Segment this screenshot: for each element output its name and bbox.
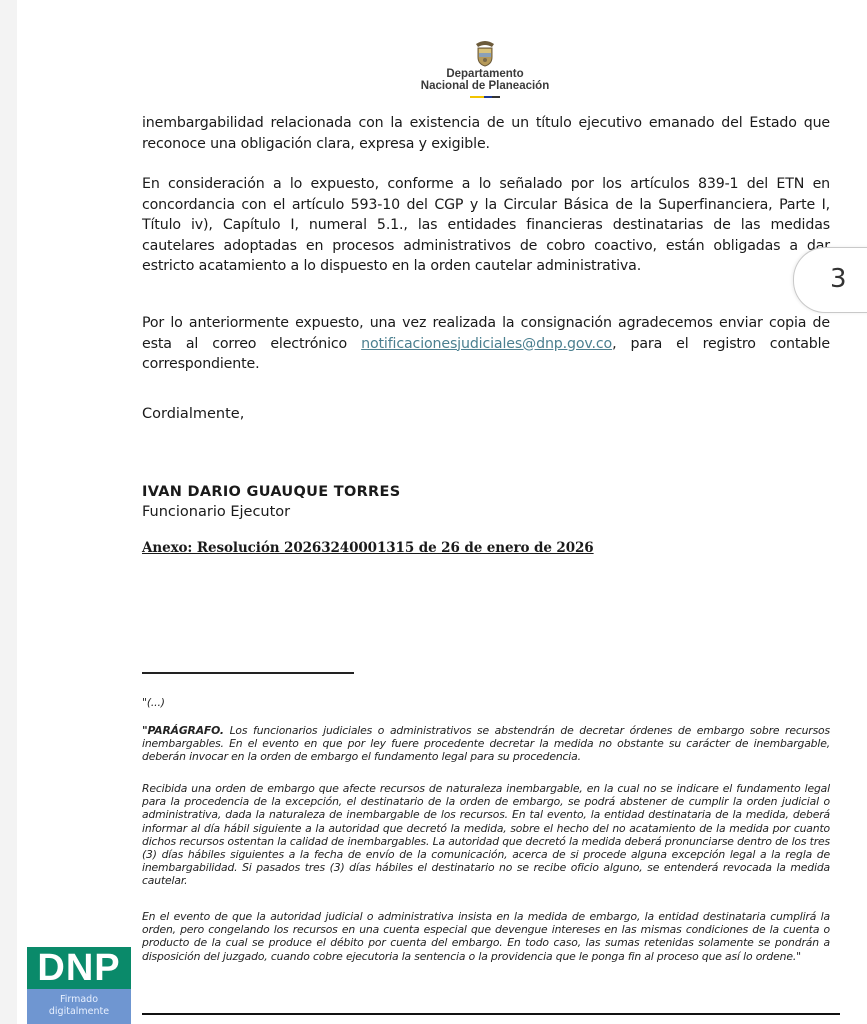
footnote-paragrafo: "PARÁGRAFO. Los funcionarios judiciales … <box>142 724 830 764</box>
digital-signature-stamp: DNP Firmado digitalmente <box>27 947 131 1024</box>
footnote-paragrafo-label: "PARÁGRAFO. <box>142 724 224 737</box>
footnote-divider <box>142 672 354 674</box>
org-name-line1: Departamento <box>380 68 590 80</box>
colombia-coat-of-arms-icon <box>470 38 500 68</box>
signed-digitally-label: Firmado digitalmente <box>27 989 131 1024</box>
closing: Cordialmente, <box>142 406 244 422</box>
org-name-line2: Nacional de Planeación <box>380 80 590 92</box>
page-number-indicator[interactable]: 3 <box>793 247 867 313</box>
stamp-line1: Firmado <box>27 994 131 1006</box>
signer-name: IVAN DARIO GUAUQUE TORRES <box>142 484 400 500</box>
letterhead: Departamento Nacional de Planeación <box>380 38 590 98</box>
footer-divider <box>142 1013 840 1015</box>
dnp-logo-icon: DNP <box>27 947 131 989</box>
stamp-line2: digitalmente <box>27 1006 131 1018</box>
footnote-paragrafo-text: Los funcionarios judiciales o administra… <box>142 724 830 763</box>
footnote-recibida: Recibida una orden de embargo que afecte… <box>142 782 830 888</box>
footnote-ellipsis: "(...) <box>142 696 830 709</box>
page-number: 3 <box>830 264 847 294</box>
footnote-evento: En el evento de que la autoridad judicia… <box>142 910 830 963</box>
viewer-left-margin <box>0 0 17 1024</box>
annex-reference: Anexo: Resolución 20263240001315 de 26 d… <box>142 540 594 556</box>
paragraph-consignacion: Por lo anteriormente expuesto, una vez r… <box>142 313 830 375</box>
paragraph-inembargabilidad: inembargabilidad relacionada con la exis… <box>142 113 830 154</box>
paragraph-consideracion: En consideración a lo expuesto, conforme… <box>142 174 830 277</box>
signer-title: Funcionario Ejecutor <box>142 504 290 520</box>
flag-bar <box>380 96 590 98</box>
email-link[interactable]: notificacionesjudiciales@dnp.gov.co <box>361 336 612 352</box>
